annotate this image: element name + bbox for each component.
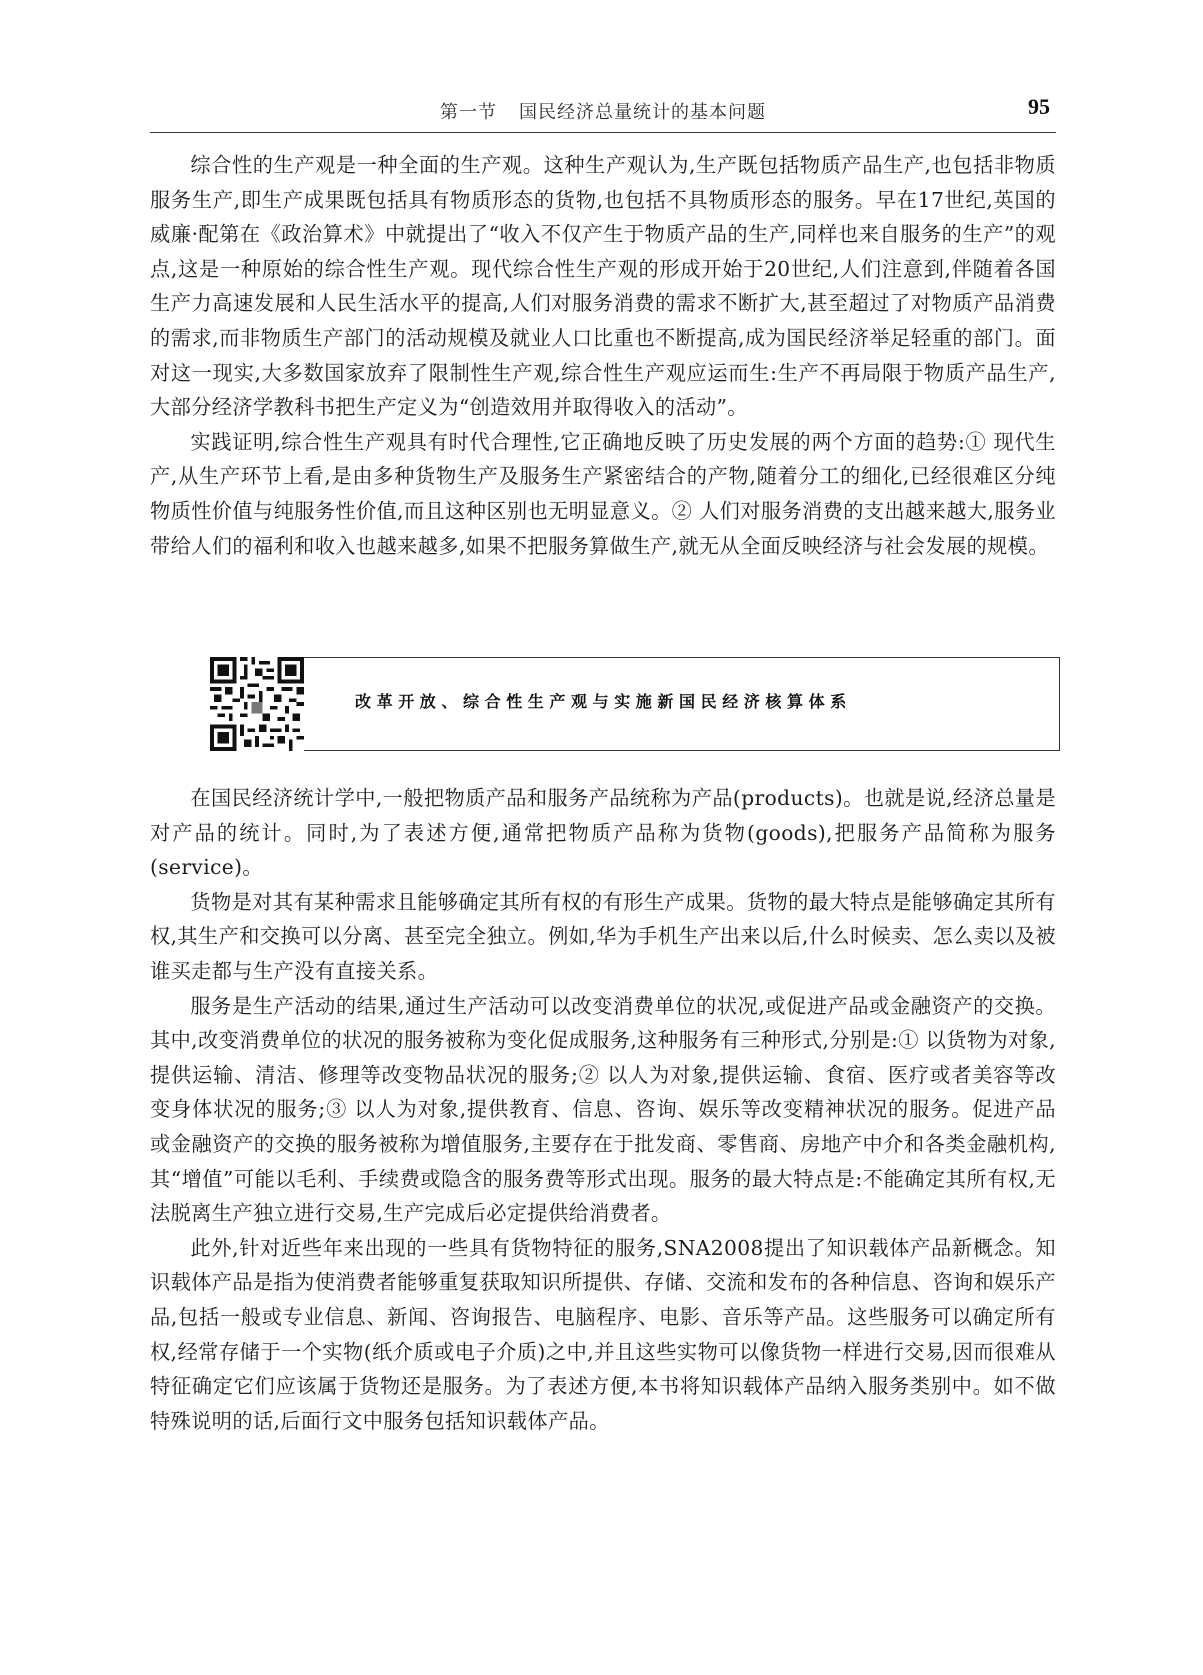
paragraph: 实践证明,综合性生产观具有时代合理性,它正确地反映了历史发展的两个方面的趋势:①… xyxy=(150,425,1056,563)
resource-box-title: 改革开放、综合性生产观与实施新国民经济核算体系 xyxy=(355,689,852,712)
paragraph: 综合性的生产观是一种全面的生产观。这种生产观认为,生产既包括物质产品生产,也包括… xyxy=(150,148,1056,425)
body-text-block-2: 在国民经济统计学中,一般把物质产品和服务产品统称为产品(products)。也就… xyxy=(150,781,1056,1438)
chapter-section-label: 第一节 xyxy=(440,102,497,123)
paragraph: 服务是生产活动的结果,通过生产活动可以改变消费单位的状况,或促进产品或金融资产的… xyxy=(150,989,1056,1231)
paragraph: 货物是对其有某种需求且能够确定其所有权的有形生产成果。货物的最大特点是能够确定其… xyxy=(150,885,1056,989)
page-number: 95 xyxy=(1028,94,1050,120)
paragraph: 此外,针对近些年来出现的一些具有货物特征的服务,SNA2008提出了知识载体产品… xyxy=(150,1231,1056,1439)
section-title: 第一节国民经济总量统计的基本问题 xyxy=(150,98,1056,124)
qr-code-icon[interactable] xyxy=(210,657,304,751)
running-header: 第一节国民经济总量统计的基本问题 95 xyxy=(150,96,1056,133)
resource-box: 改革开放、综合性生产观与实施新国民经济核算体系 xyxy=(210,657,1060,751)
paragraph: 在国民经济统计学中,一般把物质产品和服务产品统称为产品(products)。也就… xyxy=(150,781,1056,885)
section-title-text: 国民经济总量统计的基本问题 xyxy=(519,102,766,123)
body-text-block-1: 综合性的生产观是一种全面的生产观。这种生产观认为,生产既包括物质产品生产,也包括… xyxy=(150,148,1056,563)
